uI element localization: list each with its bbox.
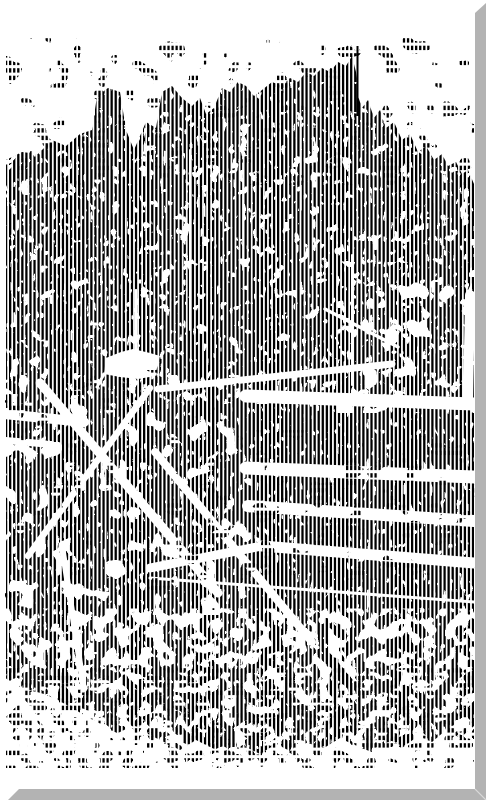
sky-leaf-speckles: [6, 36, 474, 186]
right-edge-highlight: [468, 295, 470, 405]
ground-debris-speckles: [6, 668, 474, 768]
log-band-mottle: [240, 430, 475, 580]
halftone-photo-card: [0, 0, 489, 800]
photo-shadow-bottom: [8, 789, 475, 800]
left-clearing-speckles: [0, 370, 245, 610]
log-band-1: [246, 396, 474, 404]
photo-shadow-right: [475, 3, 486, 800]
engraving-canvas: [0, 0, 489, 800]
